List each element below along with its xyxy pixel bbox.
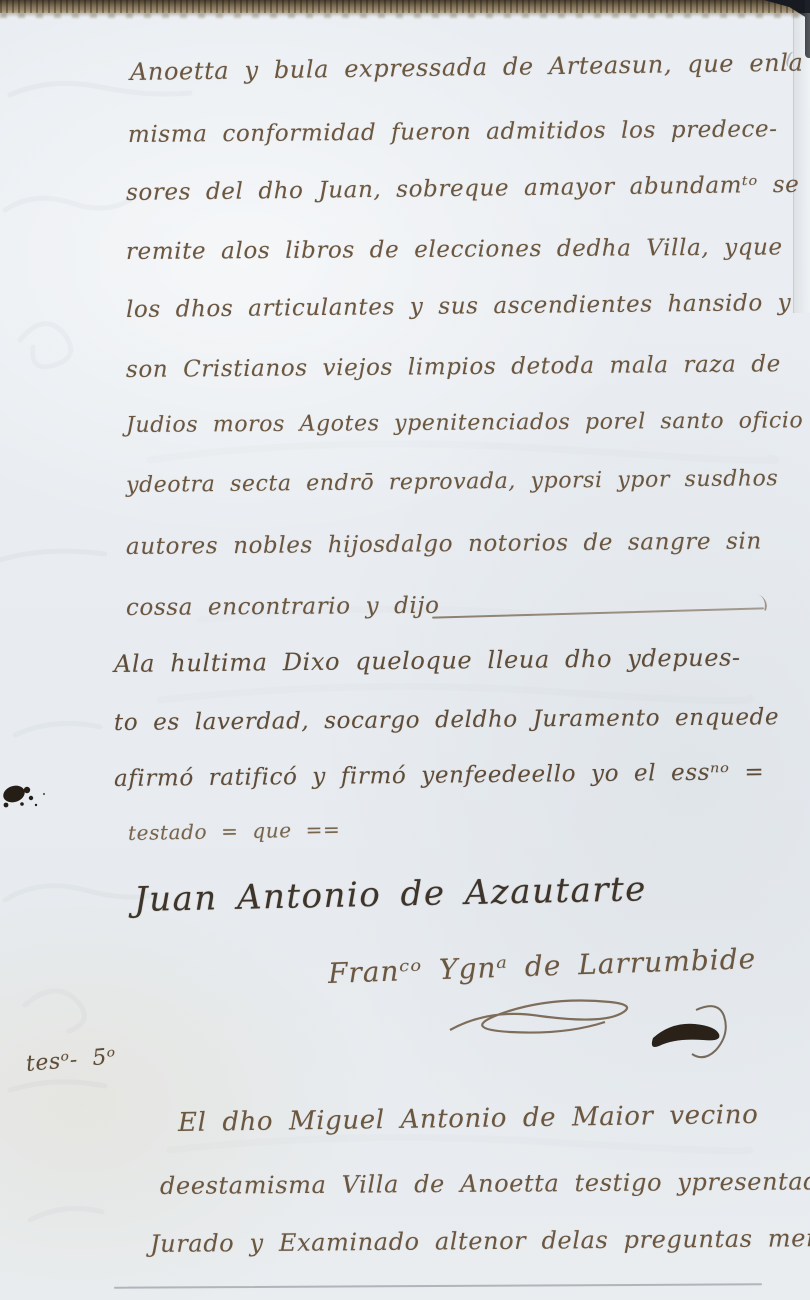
manuscript-line: Judios moros Agotes ypenitenciados porel… — [126, 408, 804, 438]
manuscript-line: Jurado y Examinado altenor delas pregunt… — [150, 1224, 810, 1258]
manuscript-line: deestamisma Villa de Anoetta testigo ypr… — [160, 1167, 810, 1200]
manuscript-page: Anoetta y bula expressada de Arteasun, q… — [0, 0, 810, 1300]
manuscript-line: remite alos libros de elecciones dedha V… — [126, 234, 783, 265]
book-top-edge-fray — [0, 13, 810, 18]
manuscript-line: cossa encontrario y dijo — [126, 593, 440, 621]
manuscript-line: autores nobles hijosdalgo notorios de sa… — [126, 528, 762, 560]
book-top-edge — [0, 0, 810, 13]
manuscript-line: testado = que == — [128, 817, 341, 845]
